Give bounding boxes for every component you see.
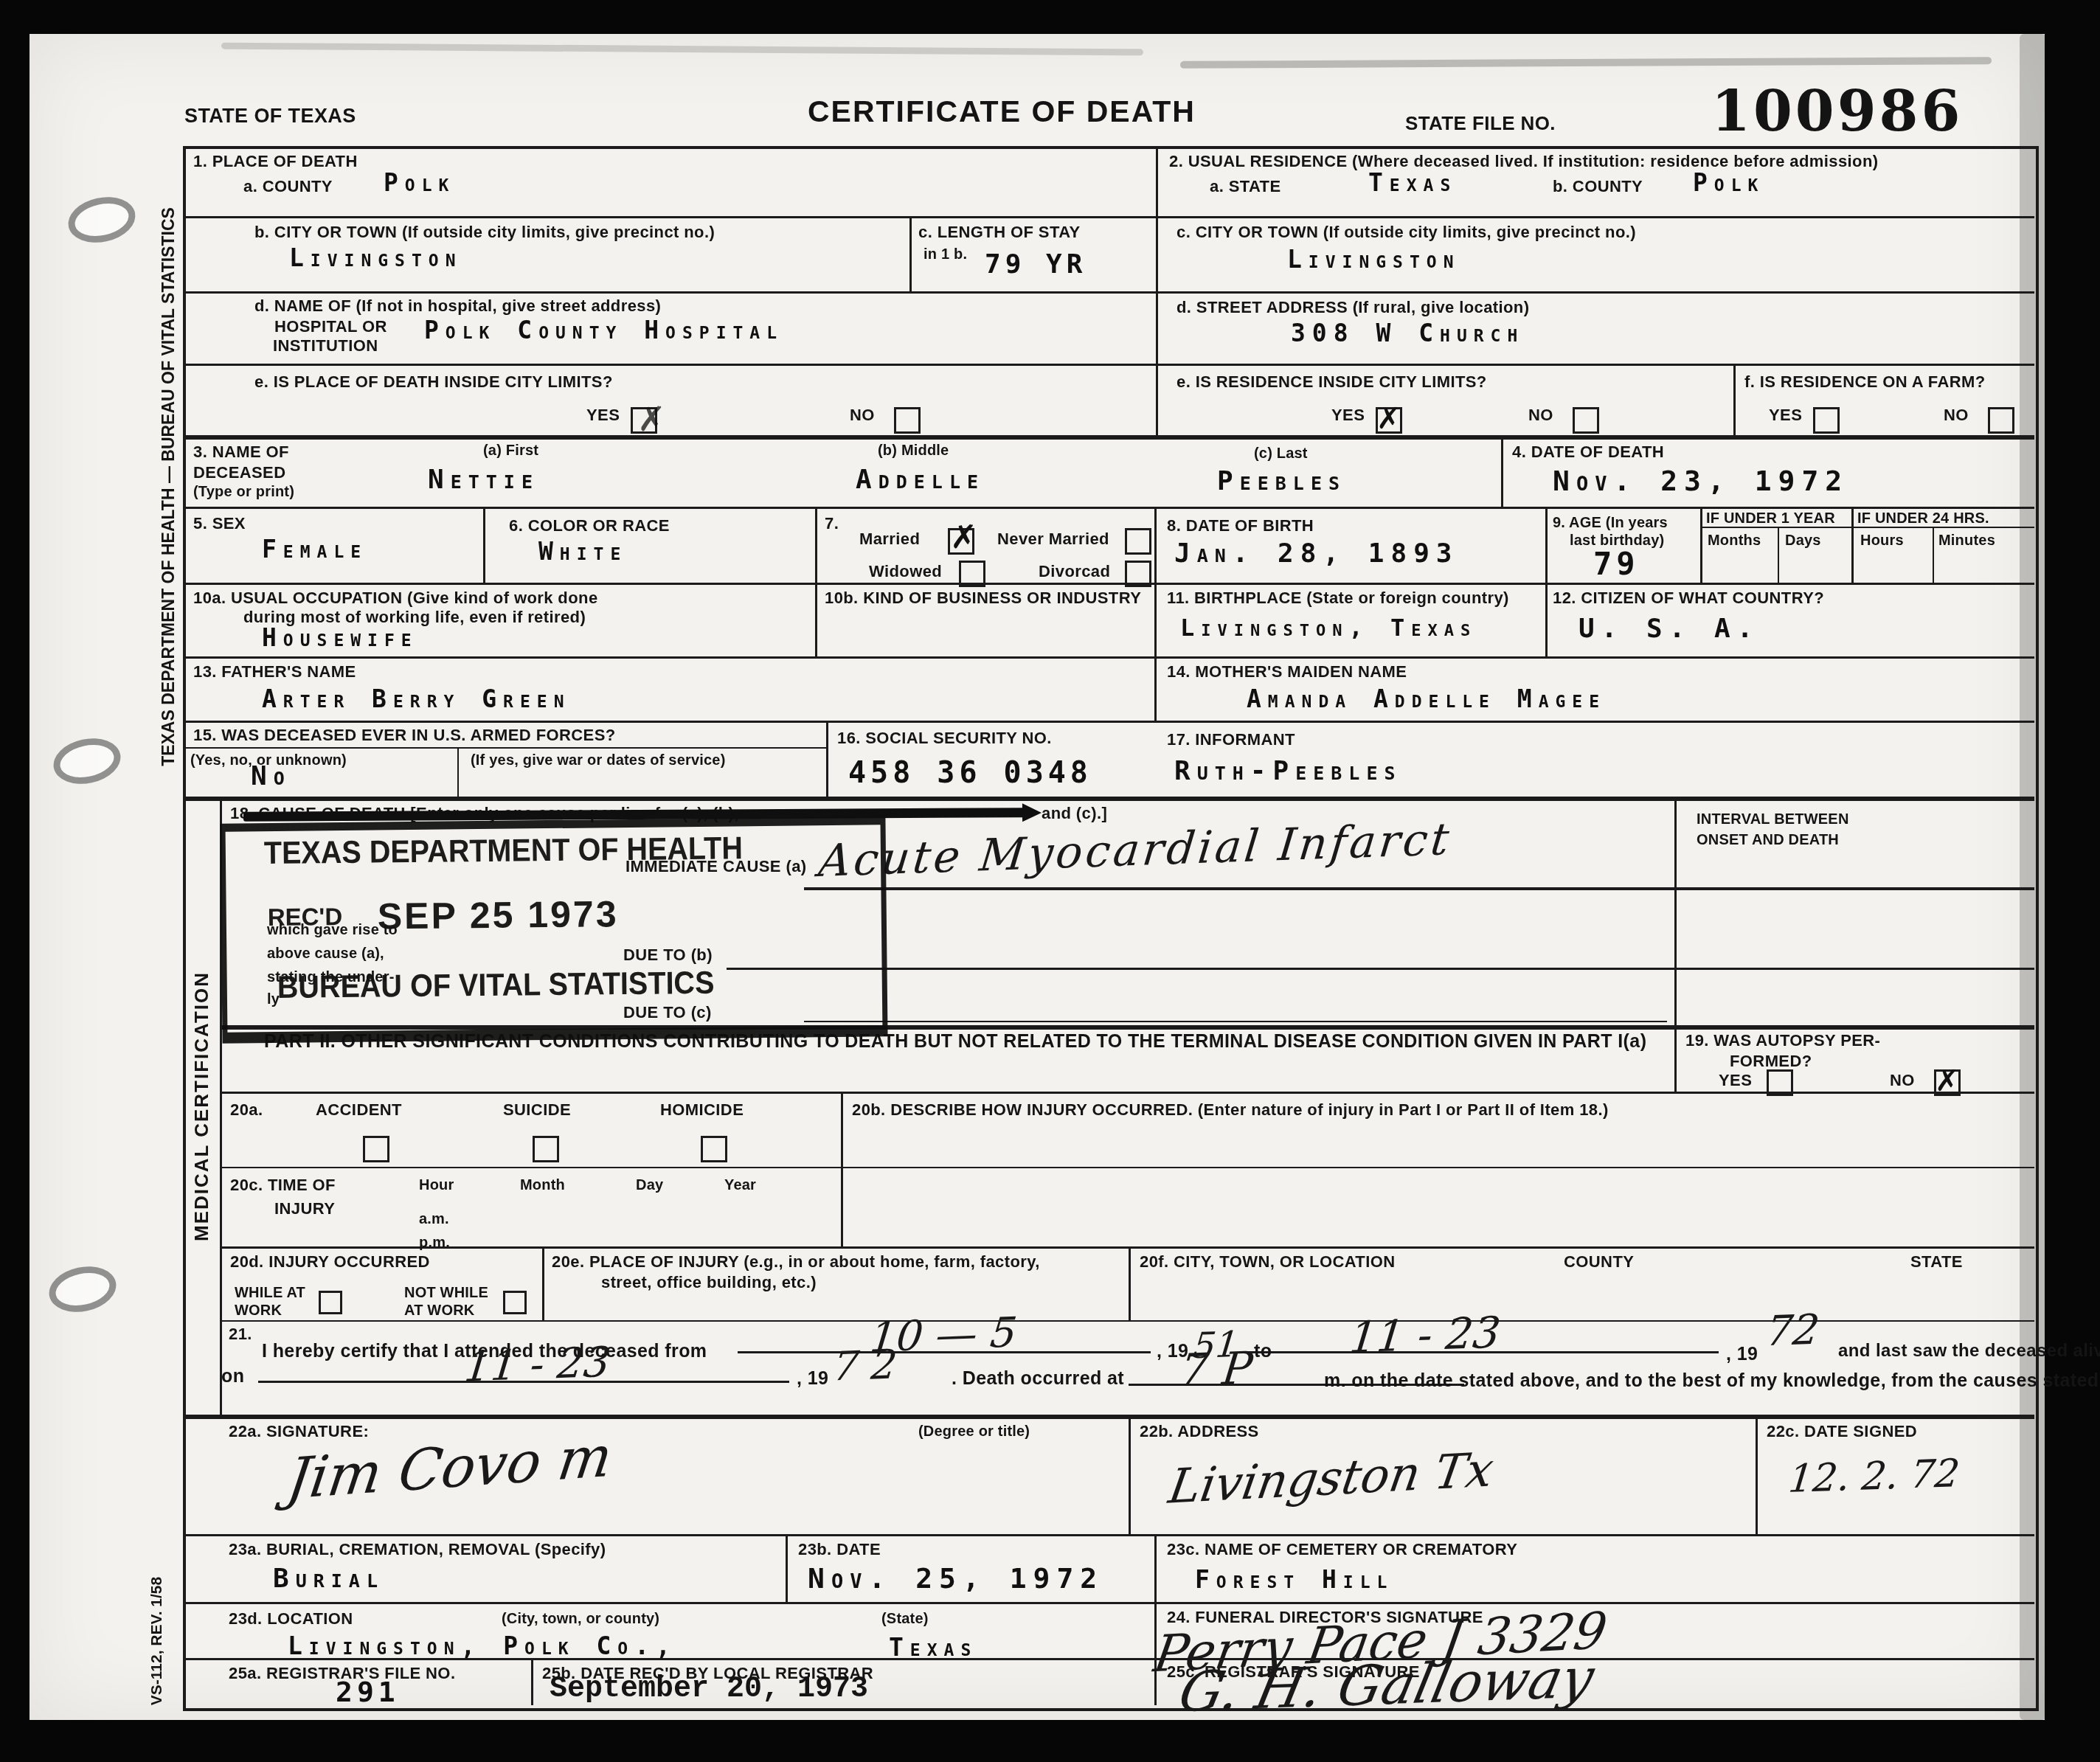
injury-20c-label-1: 20c. TIME OF: [230, 1176, 336, 1195]
x-mark: ✗: [1376, 402, 1401, 436]
mother-value: Amanda Addelle Magee: [1247, 684, 1606, 713]
autopsy-label-1: 19. WAS AUTOPSY PER-: [1685, 1031, 1880, 1050]
date-signed-handwritten: 12. 2. 72: [1787, 1451, 1962, 1502]
death-limits-no-label: NO: [850, 406, 875, 425]
cert-on-handwritten: 11 - 23: [462, 1338, 613, 1391]
year-label: Year: [724, 1177, 756, 1194]
while-at-work-label-1: WHILE AT: [235, 1285, 305, 1302]
state-file-number: 100986: [1711, 78, 1963, 144]
cert-line-1b: and last saw the deceased alive: [1838, 1341, 2100, 1362]
hospital-label-1: d. NAME OF (If not in hospital, give str…: [254, 296, 661, 316]
place-of-death-section-label: 1. PLACE OF DEATH: [193, 152, 358, 171]
divorced-checkbox: [1125, 561, 1151, 587]
margin-text-medical-certification: MEDICAL CERTIFICATION: [190, 971, 213, 1241]
cemetery-label: 23c. NAME OF CEMETERY OR CREMATORY: [1167, 1540, 1517, 1559]
farm-yes-checkbox: [1813, 407, 1840, 434]
burial-date-label: 23b. DATE: [798, 1540, 881, 1559]
widowed-checkbox: [959, 561, 985, 587]
cert-19b: , 19: [1726, 1344, 1758, 1365]
death-limits-yes-label: YES: [586, 406, 620, 425]
if-under-24-hrs-label: IF UNDER 24 HRS.: [1857, 510, 1989, 527]
location-label: 23d. LOCATION: [229, 1609, 353, 1629]
ssn-label: 16. SOCIAL SECURITY NO.: [837, 729, 1052, 748]
burial-value: Burial: [273, 1564, 384, 1594]
injury-20e-label-2: street, office building, etc.): [601, 1273, 817, 1292]
dob-value: Jan. 28, 1893: [1174, 538, 1459, 569]
date-of-death-label: 4. DATE OF DEATH: [1512, 443, 1664, 462]
residence-limits-no-label: NO: [1528, 406, 1553, 425]
cert-19c: , 19: [797, 1368, 828, 1390]
never-married-label: Never Married: [997, 530, 1109, 549]
occupation-value: Housewife: [262, 623, 418, 652]
last-name-value: Peebles: [1217, 466, 1346, 496]
cause-header-tail: and (c).]: [1042, 804, 1107, 823]
injury-20a-label: 20a.: [230, 1100, 263, 1120]
hospital-value: Polk County Hospital: [424, 316, 783, 344]
days-label: Days: [1785, 533, 1821, 549]
farm-no-checkbox: [1988, 407, 2014, 434]
father-value: Arter Berry Green: [262, 684, 571, 713]
last-name-label: (c) Last: [1254, 445, 1308, 462]
burial-label: 23a. BURIAL, CREMATION, REMOVAL (Specify…: [229, 1540, 606, 1559]
scanned-death-certificate: STATE OF TEXAS CERTIFICATE OF DEATH STAT…: [0, 0, 2100, 1762]
autopsy-yes-checkbox: [1767, 1069, 1793, 1096]
registrar-file-value: 291: [336, 1676, 400, 1708]
accident-checkbox: [363, 1136, 389, 1162]
never-married-checkbox: [1125, 528, 1151, 555]
cert-on-year: 7 2: [831, 1341, 899, 1390]
date-signed-label: 22c. DATE SIGNED: [1767, 1422, 1917, 1441]
residence-limits-no-checkbox: [1573, 407, 1599, 434]
widowed-label: Widowed: [869, 562, 942, 581]
cause-cond-4: ly: [267, 991, 280, 1008]
location-value-2: Texas: [889, 1633, 977, 1662]
ssn-value: 458 36 0348: [848, 756, 1092, 790]
suicide-checkbox: [533, 1136, 559, 1162]
margin-text-department: TEXAS DEPARTMENT OF HEALTH — BUREAU OF V…: [159, 207, 179, 766]
interval-label-2: ONSET AND DEATH: [1697, 832, 1839, 849]
autopsy-yes-label: YES: [1719, 1071, 1752, 1090]
death-limits-yes-checkbox: ✗: [631, 407, 657, 434]
homicide-label: HOMICIDE: [660, 1100, 744, 1120]
county-value: Polk: [384, 168, 455, 197]
usual-residence-section-label: 2. USUAL RESIDENCE (Where deceased lived…: [1169, 152, 1878, 171]
x-mark: ✗: [637, 399, 666, 439]
farm-no-label: NO: [1944, 406, 1969, 425]
degree-or-title-label: (Degree or title): [918, 1423, 1030, 1440]
cause-cond-2: above cause (a),: [267, 946, 384, 962]
middle-name-value: Addelle: [856, 465, 985, 495]
residence-limits-yes-label: YES: [1331, 406, 1365, 425]
cert-line-2b: m. on the date stated above, and to the …: [1324, 1370, 2100, 1392]
not-while-label-1: NOT WHILE: [404, 1285, 488, 1302]
cert-number: 21.: [229, 1325, 252, 1344]
hospital-label-2: HOSPITAL OR: [274, 317, 387, 336]
injury-20b-label: 20b. DESCRIBE HOW INJURY OCCURRED. (Ente…: [852, 1100, 1609, 1120]
hours-label: Hours: [1860, 533, 1904, 549]
day-label: Day: [636, 1177, 663, 1194]
burial-date-value: Nov. 25, 1972: [808, 1562, 1103, 1595]
injury-20d-label: 20d. INJURY OCCURRED: [230, 1252, 430, 1272]
date-of-death-value: Nov. 23, 1972: [1553, 465, 1848, 497]
married-label: Married: [859, 530, 920, 549]
am-label: a.m.: [419, 1211, 449, 1228]
stamp-line-1: TEXAS DEPARTMENT OF HEALTH: [264, 830, 744, 872]
race-value: White: [538, 537, 627, 566]
birthplace-label: 11. BIRTHPLACE (State or foreign country…: [1167, 589, 1509, 608]
residence-state-label: a. STATE: [1210, 177, 1281, 196]
residence-county-value: Polk: [1693, 168, 1764, 197]
first-name-label: (a) First: [483, 443, 538, 459]
name-label-1: 3. NAME OF: [193, 443, 289, 462]
page-title: CERTIFICATE OF DEATH: [808, 94, 1196, 129]
citizen-label: 12. CITIZEN OF WHAT COUNTRY?: [1553, 589, 1824, 608]
residence-limits-label: e. IS RESIDENCE INSIDE CITY LIMITS?: [1177, 372, 1487, 392]
length-of-stay-label: c. LENGTH OF STAY: [918, 223, 1081, 242]
cert-to-year: 72: [1764, 1306, 1822, 1356]
divorced-label: Divorcad: [1039, 562, 1110, 581]
cemetery-value: Forest Hill: [1195, 1565, 1393, 1594]
not-while-label-2: AT WORK: [404, 1303, 474, 1319]
autopsy-no-label: NO: [1890, 1071, 1915, 1090]
residence-limits-yes-checkbox: ✗: [1376, 407, 1402, 434]
if-under-1-year-label: IF UNDER 1 YEAR: [1706, 510, 1835, 527]
street-address-label: d. STREET ADDRESS (If rural, give locati…: [1177, 298, 1529, 317]
industry-label: 10b. KIND OF BUSINESS OR INDUSTRY: [825, 589, 1141, 608]
armed-forces-sub-2: (If yes, give war or dates of service): [471, 752, 726, 769]
father-label: 13. FATHER'S NAME: [193, 662, 356, 681]
dob-label: 8. DATE OF BIRTH: [1167, 516, 1314, 535]
age-label-1: 9. AGE (In years: [1553, 515, 1668, 532]
address-label: 22b. ADDRESS: [1140, 1422, 1259, 1441]
sex-value: Female: [262, 535, 367, 563]
month-label: Month: [520, 1177, 565, 1194]
cert-to-handwritten: 11 - 23: [1347, 1307, 1503, 1362]
first-name-value: Nettie: [428, 465, 539, 495]
informant-label: 17. INFORMANT: [1167, 730, 1295, 749]
name-label-2: DECEASED: [193, 463, 285, 482]
married-checkbox: ✗: [948, 528, 974, 555]
hospital-label-3: INSTITUTION: [273, 336, 378, 355]
marital-label: 7.: [825, 514, 839, 533]
death-city-value: Livingston: [289, 243, 462, 272]
stamp-date: SEP 25 1973: [377, 892, 618, 937]
injury-20e-label-1: 20e. PLACE OF INJURY (e.g., in or about …: [552, 1252, 1040, 1272]
cert-hour-handwritten: 7 P: [1177, 1342, 1255, 1397]
cause-cond-1: which gave rise to: [267, 922, 398, 939]
hour-label: Hour: [419, 1177, 454, 1194]
months-label: Months: [1708, 533, 1761, 549]
form-code: VS-112, REV. 1/58: [148, 1577, 166, 1705]
while-at-work-checkbox: [319, 1291, 342, 1314]
county-label: a. COUNTY: [243, 177, 333, 196]
state-header: STATE OF TEXAS: [184, 105, 356, 128]
x-mark: ✗: [1935, 1064, 1960, 1098]
while-at-work-label-2: WORK: [235, 1303, 282, 1319]
armed-forces-label: 15. WAS DECEASED EVER IN U.S. ARMED FORC…: [193, 726, 616, 745]
interval-label-1: INTERVAL BETWEEN: [1697, 811, 1849, 828]
location-sub-1: (City, town, or county): [502, 1611, 659, 1628]
death-limits-no-checkbox: [894, 407, 921, 434]
due-to-c-label: DUE TO (c): [623, 1003, 712, 1022]
location-value-1: Livingston, Polk Co.,: [288, 1631, 677, 1660]
injury-20f-label: 20f. CITY, TOWN, OR LOCATION: [1140, 1252, 1396, 1272]
length-of-stay-value: 79 YR: [985, 249, 1087, 280]
suicide-label: SUICIDE: [503, 1100, 571, 1120]
injury-county-label: COUNTY: [1564, 1252, 1634, 1272]
x-mark: ✗: [950, 518, 977, 556]
accident-label: ACCIDENT: [316, 1100, 402, 1120]
residence-city-value: Livingston: [1287, 245, 1460, 274]
citizen-value: U. S. A.: [1579, 614, 1759, 644]
injury-state-label: STATE: [1910, 1252, 1963, 1272]
homicide-checkbox: [701, 1136, 727, 1162]
autopsy-no-checkbox: ✗: [1934, 1069, 1961, 1096]
sex-label: 5. SEX: [193, 514, 246, 533]
signature-label: 22a. SIGNATURE:: [229, 1422, 369, 1441]
occupation-label-1: 10a. USUAL OCCUPATION (Give kind of work…: [193, 589, 598, 608]
length-of-stay-sub: in 1 b.: [923, 246, 967, 263]
location-sub-2: (State): [881, 1611, 929, 1628]
death-city-label: b. CITY OR TOWN (If outside city limits,…: [254, 223, 715, 242]
middle-name-label: (b) Middle: [878, 443, 949, 459]
cert-line-2a: . Death occurred at: [952, 1368, 1124, 1390]
file-no-label: STATE FILE NO.: [1405, 112, 1556, 135]
registrar-date-value: September 20, 1973: [550, 1673, 868, 1706]
cert-on-word: on: [221, 1366, 244, 1387]
residence-county-label: b. COUNTY: [1553, 177, 1643, 196]
autopsy-label-2: FORMED?: [1730, 1052, 1812, 1071]
mother-label: 14. MOTHER'S MAIDEN NAME: [1167, 662, 1407, 681]
residence-city-label: c. CITY OR TOWN (If outside city limits,…: [1177, 223, 1636, 242]
informant-value: Ruth-Peebles: [1174, 756, 1401, 786]
armed-forces-value: No: [251, 761, 291, 791]
death-city-limits-label: e. IS PLACE OF DEATH INSIDE CITY LIMITS?: [254, 372, 613, 392]
not-while-checkbox: [503, 1291, 527, 1314]
pm-label: p.m.: [419, 1235, 450, 1252]
farm-label: f. IS RESIDENCE ON A FARM?: [1744, 372, 1986, 392]
farm-yes-label: YES: [1769, 406, 1802, 425]
injury-20c-label-2: INJURY: [274, 1199, 335, 1218]
residence-state-value: Texas: [1368, 168, 1457, 197]
race-label: 6. COLOR OR RACE: [509, 516, 670, 535]
street-address-value: 308 W Church: [1291, 319, 1524, 347]
minutes-label: Minutes: [1938, 533, 1995, 549]
cause-cond-3: stating the under-: [267, 969, 395, 986]
cert-to-word: to: [1254, 1341, 1272, 1362]
birthplace-value: Livingston, Texas: [1180, 614, 1477, 642]
name-label-3: (Type or print): [193, 484, 294, 501]
age-value: 79: [1593, 546, 1640, 582]
